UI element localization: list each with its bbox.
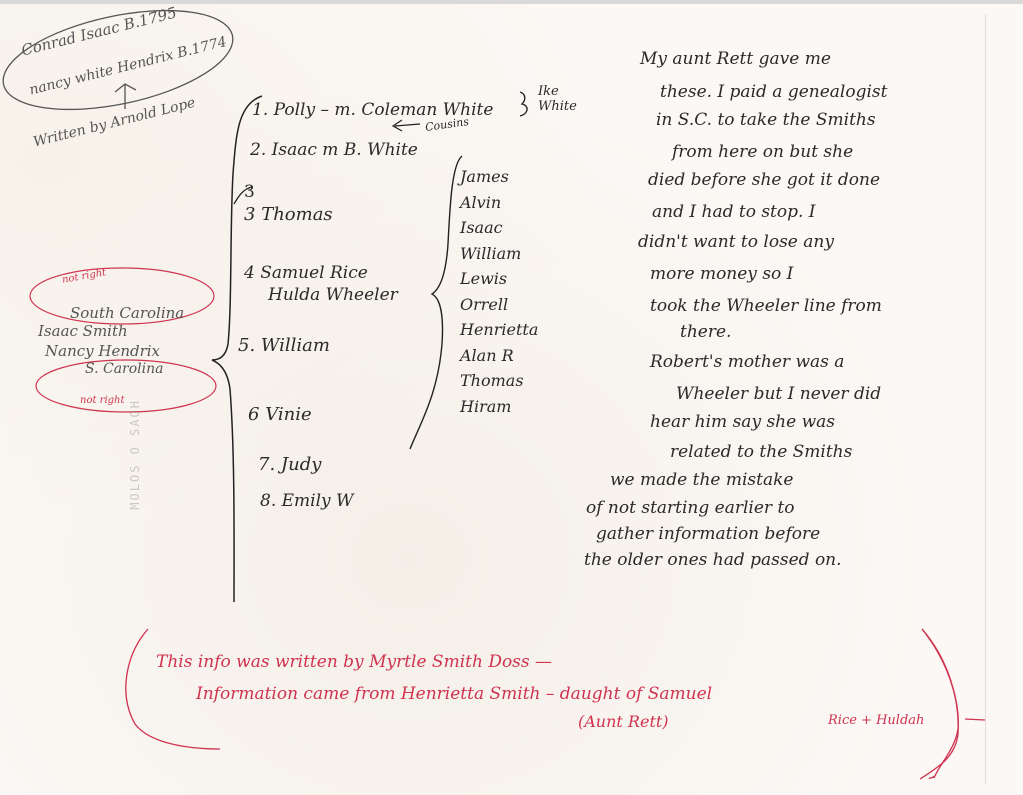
grandchild-name: Isaac: [460, 215, 538, 241]
letter-line: the older ones had passed on.: [584, 552, 842, 569]
letter-line: these. I paid a genealogist: [660, 84, 887, 101]
footer-rice-huldah: Rice + Huldah: [828, 714, 924, 727]
letter-line: related to the Smiths: [670, 444, 852, 461]
child-5-william: 5. William: [238, 337, 330, 355]
grandchild-name: Lewis: [460, 266, 538, 292]
south-carolina-line: South Carolina: [70, 306, 184, 321]
grandchild-name: Alan R: [460, 343, 538, 369]
letter-line: we made the mistake: [610, 472, 793, 489]
grandchild-name: Orrell: [460, 292, 538, 318]
letter-line: took the Wheeler line from: [650, 298, 882, 315]
child-2-isaac: 2. Isaac m B. White: [250, 142, 418, 159]
bleed-through-text: MOLOS O SAOH: [128, 399, 142, 510]
child-8-emily: 8. Emily W: [260, 493, 354, 510]
s-carolina-line: S. Carolina: [85, 362, 164, 376]
page-edge-line: [985, 14, 986, 784]
grandchild-name: James: [460, 164, 538, 190]
ike-white-note: Ike White: [538, 84, 588, 114]
nancy-hendrix-line: Nancy Hendrix: [45, 344, 160, 359]
letter-line: didn't want to lose any: [638, 234, 834, 251]
letter-line: hear him say she was: [650, 414, 835, 431]
letter-line: My aunt Rett gave me: [640, 51, 831, 68]
letter-line: more money so I: [650, 266, 793, 283]
grandchild-name: Henrietta: [460, 317, 538, 343]
letter-line: died before she got it done: [648, 172, 880, 189]
grandchildren-list: James Alvin Isaac William Lewis Orrell H…: [460, 164, 538, 419]
grandchild-name: Hiram: [460, 394, 538, 420]
not-right-bottom: not right: [80, 396, 125, 406]
letter-line: in S.C. to take the Smiths: [656, 112, 876, 129]
letter-line: Wheeler but I never did: [676, 386, 881, 403]
letter-line: of not starting earlier to: [586, 500, 795, 517]
spouse-hulda-wheeler: Hulda Wheeler: [244, 285, 398, 305]
child-7-judy: 7. Judy: [258, 456, 321, 474]
footer-line-2: Information came from Henrietta Smith – …: [196, 686, 712, 703]
not-right-top: not right: [61, 268, 107, 286]
letter-line: Robert's mother was a: [650, 354, 844, 371]
written-by-caption: Written by Arnold Lope: [32, 96, 197, 150]
child-4-samuel-rice: 4 Samuel Rice Hulda Wheeler: [244, 262, 398, 306]
footer-aunt-rett: (Aunt Rett): [578, 714, 669, 730]
letter-line: gather information before: [596, 526, 820, 543]
grandchild-name: Alvin: [460, 190, 538, 216]
grandchild-name: Thomas: [460, 368, 538, 394]
child-3-marker: 3: [244, 184, 255, 201]
document-page: MOLOS O SAOH Conrad Isaac B.1795 nancy w…: [0, 4, 1023, 795]
letter-line: there.: [680, 324, 731, 341]
letter-line: and I had to stop. I: [652, 204, 816, 221]
letter-line: from here on but she: [672, 144, 853, 161]
grandchild-name: William: [460, 241, 538, 267]
child-6-vinie: 6 Vinie: [248, 406, 312, 424]
footer-line-1: This info was written by Myrtle Smith Do…: [156, 654, 552, 671]
child-3-thomas: 3 Thomas: [244, 206, 333, 224]
isaac-smith-line: Isaac Smith: [38, 324, 128, 339]
